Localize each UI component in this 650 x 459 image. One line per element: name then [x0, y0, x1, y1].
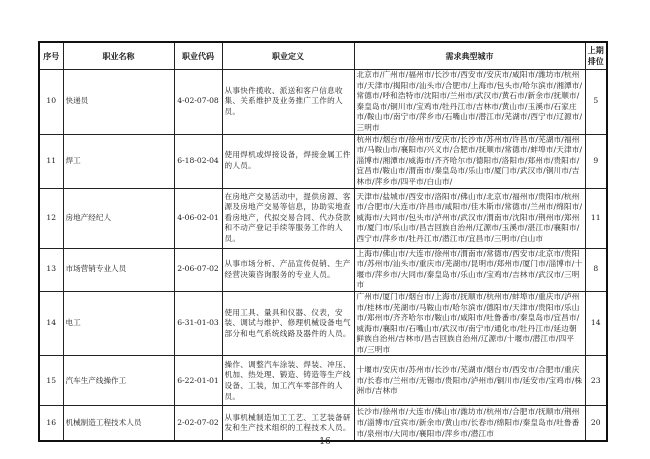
row-occupation-code: 2-06-07-02	[174, 248, 222, 291]
row-seq: 12	[39, 188, 63, 248]
row-seq: 14	[39, 291, 63, 356]
row-definition: 在房地产交易活动中，提供房源、客源及房地产交易等信息，协助实地查看房地产，代拟交…	[222, 188, 354, 248]
row-occupation-name: 电工	[63, 291, 174, 356]
row-definition: 使用焊机或焊接设备，焊接金属工件的人员。	[222, 134, 354, 188]
row-occupation-code: 4-02-07-08	[174, 70, 222, 135]
row-last-rank: 20	[585, 406, 607, 441]
header-name: 职业名称	[63, 42, 174, 70]
row-typical-cities: 北京市/广州市/福州市/长沙市/西安市/安庆市/咸阳市/潍坊市/杭州市/天津市/…	[354, 70, 585, 135]
row-definition: 使用工具、量具和仪器、仪表，安装、调试与维护、修理机械设备电气部分和电气系统线路…	[222, 291, 354, 356]
table-row: 16机械制造工程技术人员2-02-07-02从事机械制造加工工艺、工艺装备研发和…	[39, 406, 607, 441]
row-definition: 操作、调整汽车涂装、焊装、冲压、机加、热处理、锻造、铸造等生产线设备、工装，加工…	[222, 356, 354, 406]
row-typical-cities: 天津市/盐城市/西安市/洛阳市/佛山市/北京市/福州市/贵阳市/杭州市/合肥市/…	[354, 188, 585, 248]
row-seq: 11	[39, 134, 63, 188]
row-last-rank: 9	[585, 134, 607, 188]
row-typical-cities: 长沙市/徐州市/大连市/佛山市/潍坊市/杭州市/合肥市/抚顺市/荆州市/淄博市/…	[354, 406, 585, 441]
row-definition: 从事市场分析、产品宣传促销、生产经营决策咨询服务的专业人员。	[222, 248, 354, 291]
row-seq: 13	[39, 248, 63, 291]
row-occupation-code: 2-02-07-02	[174, 406, 222, 441]
row-last-rank: 11	[585, 188, 607, 248]
row-last-rank: 5	[585, 70, 607, 135]
row-occupation-code: 6-22-01-01	[174, 356, 222, 406]
header-cities: 需求典型城市	[354, 42, 585, 70]
page-number: 16	[0, 437, 650, 447]
table-row: 14电工6-31-01-03使用工具、量具和仪器、仪表，安装、调试与维护、修理机…	[39, 291, 607, 356]
row-occupation-name: 焊工	[63, 134, 174, 188]
row-occupation-name: 市场营销专业人员	[63, 248, 174, 291]
row-occupation-code: 4-06-02-01	[174, 188, 222, 248]
header-definition: 职业定义	[222, 42, 354, 70]
row-occupation-name: 快递员	[63, 70, 174, 135]
table-header-row: 序号 职业名称 职业代码 职业定义 需求典型城市 上期排位	[39, 42, 607, 70]
header-seq: 序号	[39, 42, 63, 70]
row-seq: 10	[39, 70, 63, 135]
row-typical-cities: 广州市/厦门市/烟台市/上海市/抚顺市/杭州市/蚌埠市/重庆市/泸州市/桂林市/…	[354, 291, 585, 356]
table-row: 10快递员4-02-07-08从事快件揽收、派送和客户信息收集、关系维护及业务推…	[39, 70, 607, 135]
row-occupation-name: 机械制造工程技术人员	[63, 406, 174, 441]
row-seq: 15	[39, 356, 63, 406]
row-typical-cities: 杭州市/烟台市/徐州市/安庆市/长沙市/苏州市/许昌市/芜湖市/福州市/马鞍山市…	[354, 134, 585, 188]
table-row: 15汽车生产线操作工6-22-01-01操作、调整汽车涂装、焊装、冲压、机加、热…	[39, 356, 607, 406]
row-occupation-code: 6-31-01-03	[174, 291, 222, 356]
row-typical-cities: 上海市/佛山市/大连市/徐州市/渭南市/常德市/西安市/北京市/贵阳市/苏州市/…	[354, 248, 585, 291]
table-row: 11焊工6-18-02-04使用焊机或焊接设备，焊接金属工件的人员。杭州市/烟台…	[39, 134, 607, 188]
row-last-rank: 8	[585, 248, 607, 291]
row-seq: 16	[39, 406, 63, 441]
row-last-rank: 23	[585, 356, 607, 406]
row-typical-cities: 十堰市/安庆市/苏州市/长沙市/芜湖市/烟台市/西安市/合肥市/重庆市/长春市/…	[354, 356, 585, 406]
row-last-rank: 14	[585, 291, 607, 356]
row-occupation-name: 汽车生产线操作工	[63, 356, 174, 406]
header-last-rank: 上期排位	[585, 42, 607, 70]
occupation-demand-table: 序号 职业名称 职业代码 职业定义 需求典型城市 上期排位 10快递员4-02-…	[38, 41, 608, 442]
table-row: 12房地产经纪人4-06-02-01在房地产交易活动中，提供房源、客源及房地产交…	[39, 188, 607, 248]
header-code: 职业代码	[174, 42, 222, 70]
row-definition: 从事快件揽收、派送和客户信息收集、关系维护及业务推广工作的人员。	[222, 70, 354, 135]
row-definition: 从事机械制造加工工艺、工艺装备研发和生产技术组织的工程技术人员。	[222, 406, 354, 441]
row-occupation-code: 6-18-02-04	[174, 134, 222, 188]
row-occupation-name: 房地产经纪人	[63, 188, 174, 248]
table-row: 13市场营销专业人员2-06-07-02从事市场分析、产品宣传促销、生产经营决策…	[39, 248, 607, 291]
